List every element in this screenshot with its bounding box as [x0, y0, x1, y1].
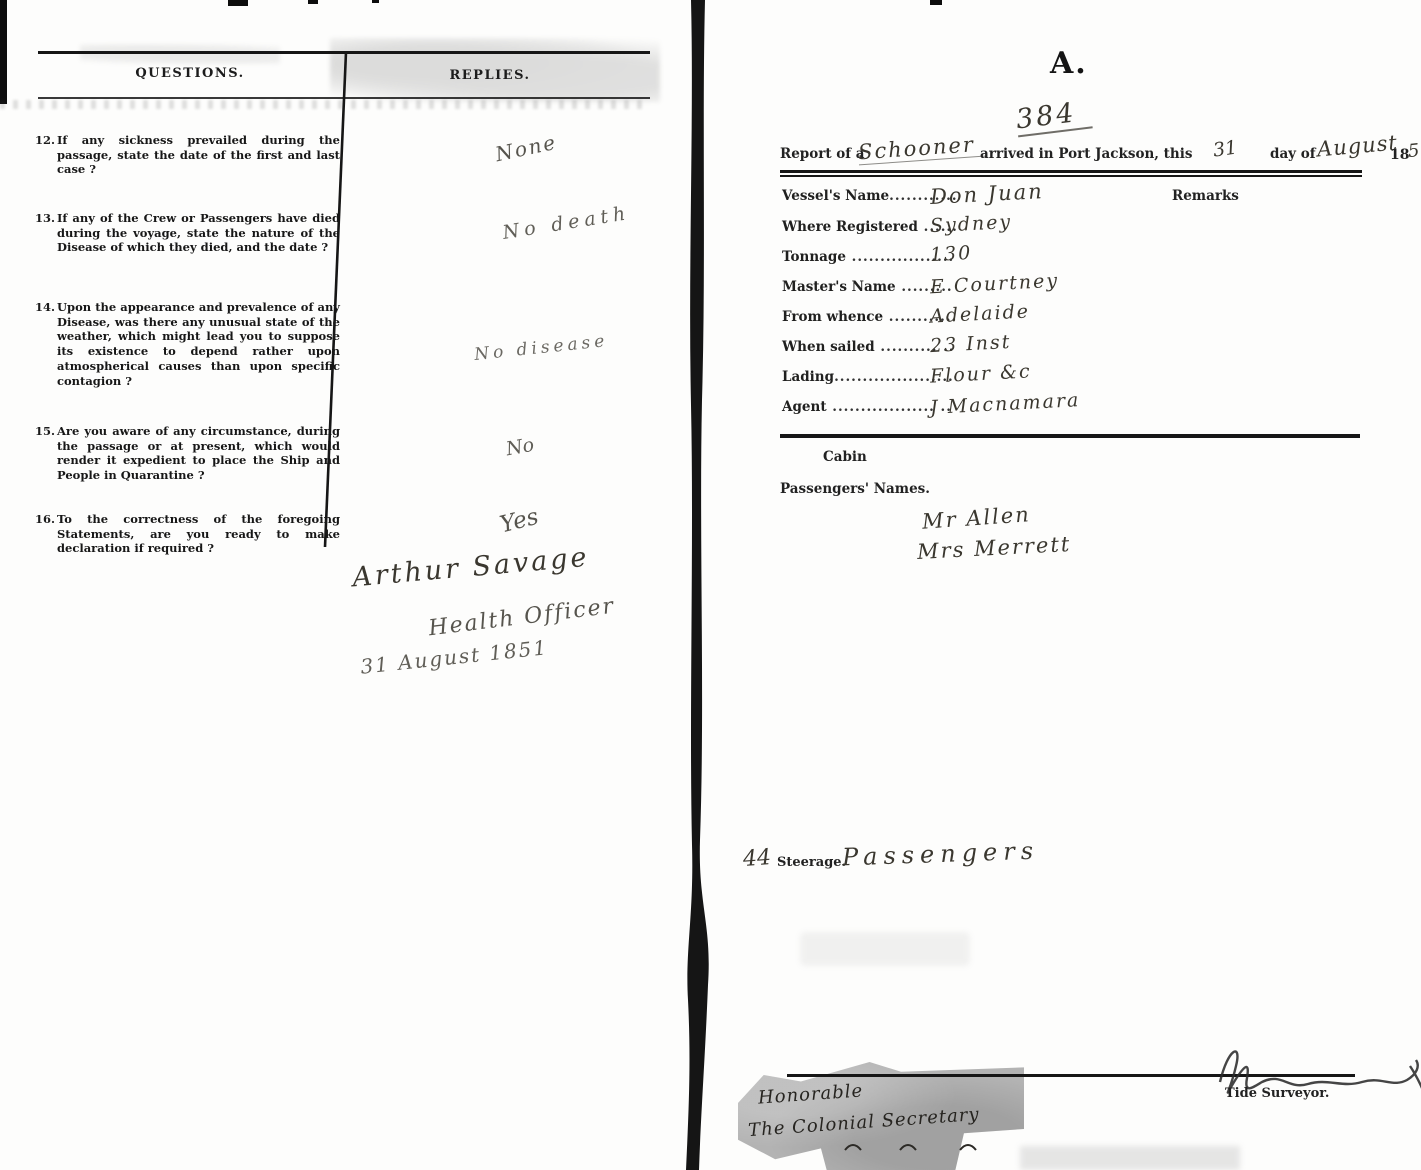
scan-smudge [800, 932, 970, 966]
document-scan: QUESTIONS. REPLIES. 12. If any sickness … [0, 0, 1421, 1170]
health-officer-title: Health Officer [427, 594, 616, 642]
question-number: 13. [35, 211, 55, 225]
field-value-handwriting: 23 Inst [929, 331, 1011, 357]
question-16: 16. To the correctness of the foregoing … [35, 512, 340, 556]
month-handwriting: August [1316, 131, 1399, 162]
field-agent: Agent .................. .. J Macnamara [782, 399, 1372, 421]
steerage-label: Steerage. [777, 855, 846, 870]
replies-column-header: REPLIES. [350, 68, 630, 83]
double-rule-bottom [780, 175, 1362, 177]
field-lading: Lading..................... Flour &c [782, 369, 1372, 391]
vessel-type-handwriting: Schooner [857, 132, 985, 166]
left-page: QUESTIONS. REPLIES. 12. If any sickness … [0, 0, 700, 1170]
field-value-handwriting: Adelaide [929, 300, 1030, 327]
passengers-names-label: Passengers' Names. [780, 481, 930, 497]
question-14: 14. Upon the appearance and prevalence o… [35, 300, 340, 388]
cabin-passenger-2-handwriting: Mrs Merrett [916, 532, 1071, 564]
day-of-label: day of [1270, 146, 1316, 162]
question-number: 12. [35, 133, 55, 147]
field-label: When sailed [782, 339, 875, 355]
report-prefix: Report of a [780, 146, 865, 162]
field-value-handwriting: Flour &c [929, 360, 1032, 387]
question-15: 15. Are you aware of any circumstance, d… [35, 424, 340, 483]
question-number: 16. [35, 512, 55, 526]
field-value-handwriting: Sydney [929, 211, 1012, 237]
bleedthrough-text [0, 100, 645, 109]
form-heading: A. [1050, 46, 1088, 81]
field-from-whence: From whence ............ Adelaide [782, 309, 1372, 331]
field-value-handwriting: E Courtney [930, 270, 1060, 299]
field-label: From whence [782, 309, 883, 325]
arrival-day-handwriting: 31 [1212, 136, 1239, 161]
question-number: 15. [35, 424, 55, 438]
right-page: A. 384 Report of a Schooner arrived in P… [720, 0, 1421, 1170]
field-label: Where Registered [782, 219, 918, 235]
question-text: To the correctness of the foregoing Stat… [57, 512, 340, 556]
field-label: Lading [782, 369, 834, 385]
question-text: Upon the appearance and prevalence of an… [57, 300, 340, 388]
signature-date: 31 August 1851 [359, 635, 549, 679]
question-12: 12. If any sickness prevailed during the… [35, 133, 340, 177]
question-13: 13. If any of the Crew or Passengers hav… [35, 211, 340, 255]
report-middle: arrived in Port Jackson, this [980, 146, 1192, 162]
field-label: Agent [782, 399, 827, 415]
field-vessel-name: Vessel's Name............ Don Juan [782, 188, 1372, 210]
double-rule-top [780, 170, 1362, 173]
steerage-count-handwriting: 44 [742, 845, 772, 872]
handwriting-flourish [840, 1138, 1010, 1158]
section-rule [780, 434, 1360, 438]
field-value-handwriting: 130 [929, 242, 972, 266]
year-printed: 18 [1390, 147, 1409, 163]
year-handwriting: 51 [1407, 139, 1421, 162]
report-number-handwriting: 384 [1014, 96, 1092, 138]
field-tonnage: Tonnage .................. 130 [782, 249, 1372, 271]
scan-smudge [1020, 1146, 1240, 1170]
field-value-handwriting: J Macnamara [930, 389, 1081, 419]
cabin-label: Cabin [823, 449, 867, 465]
field-label: Master's Name [782, 279, 896, 295]
question-number: 14. [35, 300, 55, 314]
field-label: Vessel's Name [782, 188, 889, 204]
steerage-passengers-handwriting: Passengers [842, 837, 1040, 872]
questions-column-header: QUESTIONS. [40, 66, 340, 81]
report-line: Report of a Schooner arrived in Port Jac… [780, 134, 1400, 168]
field-value-handwriting: Don Juan [929, 179, 1044, 209]
question-text: If any sickness prevailed during the pas… [57, 133, 340, 177]
field-label: Tonnage [782, 249, 846, 265]
cabin-passenger-1-handwriting: Mr Allen [921, 502, 1031, 534]
question-text: Are you aware of any circumstance, durin… [57, 424, 340, 483]
field-where-registered: Where Registered ...... Sydney [782, 219, 1372, 241]
field-when-sailed: When sailed .......... .. 23 Inst [782, 339, 1372, 361]
field-masters-name: Master's Name ......... E Courtney [782, 279, 1372, 301]
question-text: If any of the Crew or Passengers have di… [57, 211, 340, 255]
tide-surveyor-label: Tide Surveyor. [1225, 1086, 1329, 1101]
